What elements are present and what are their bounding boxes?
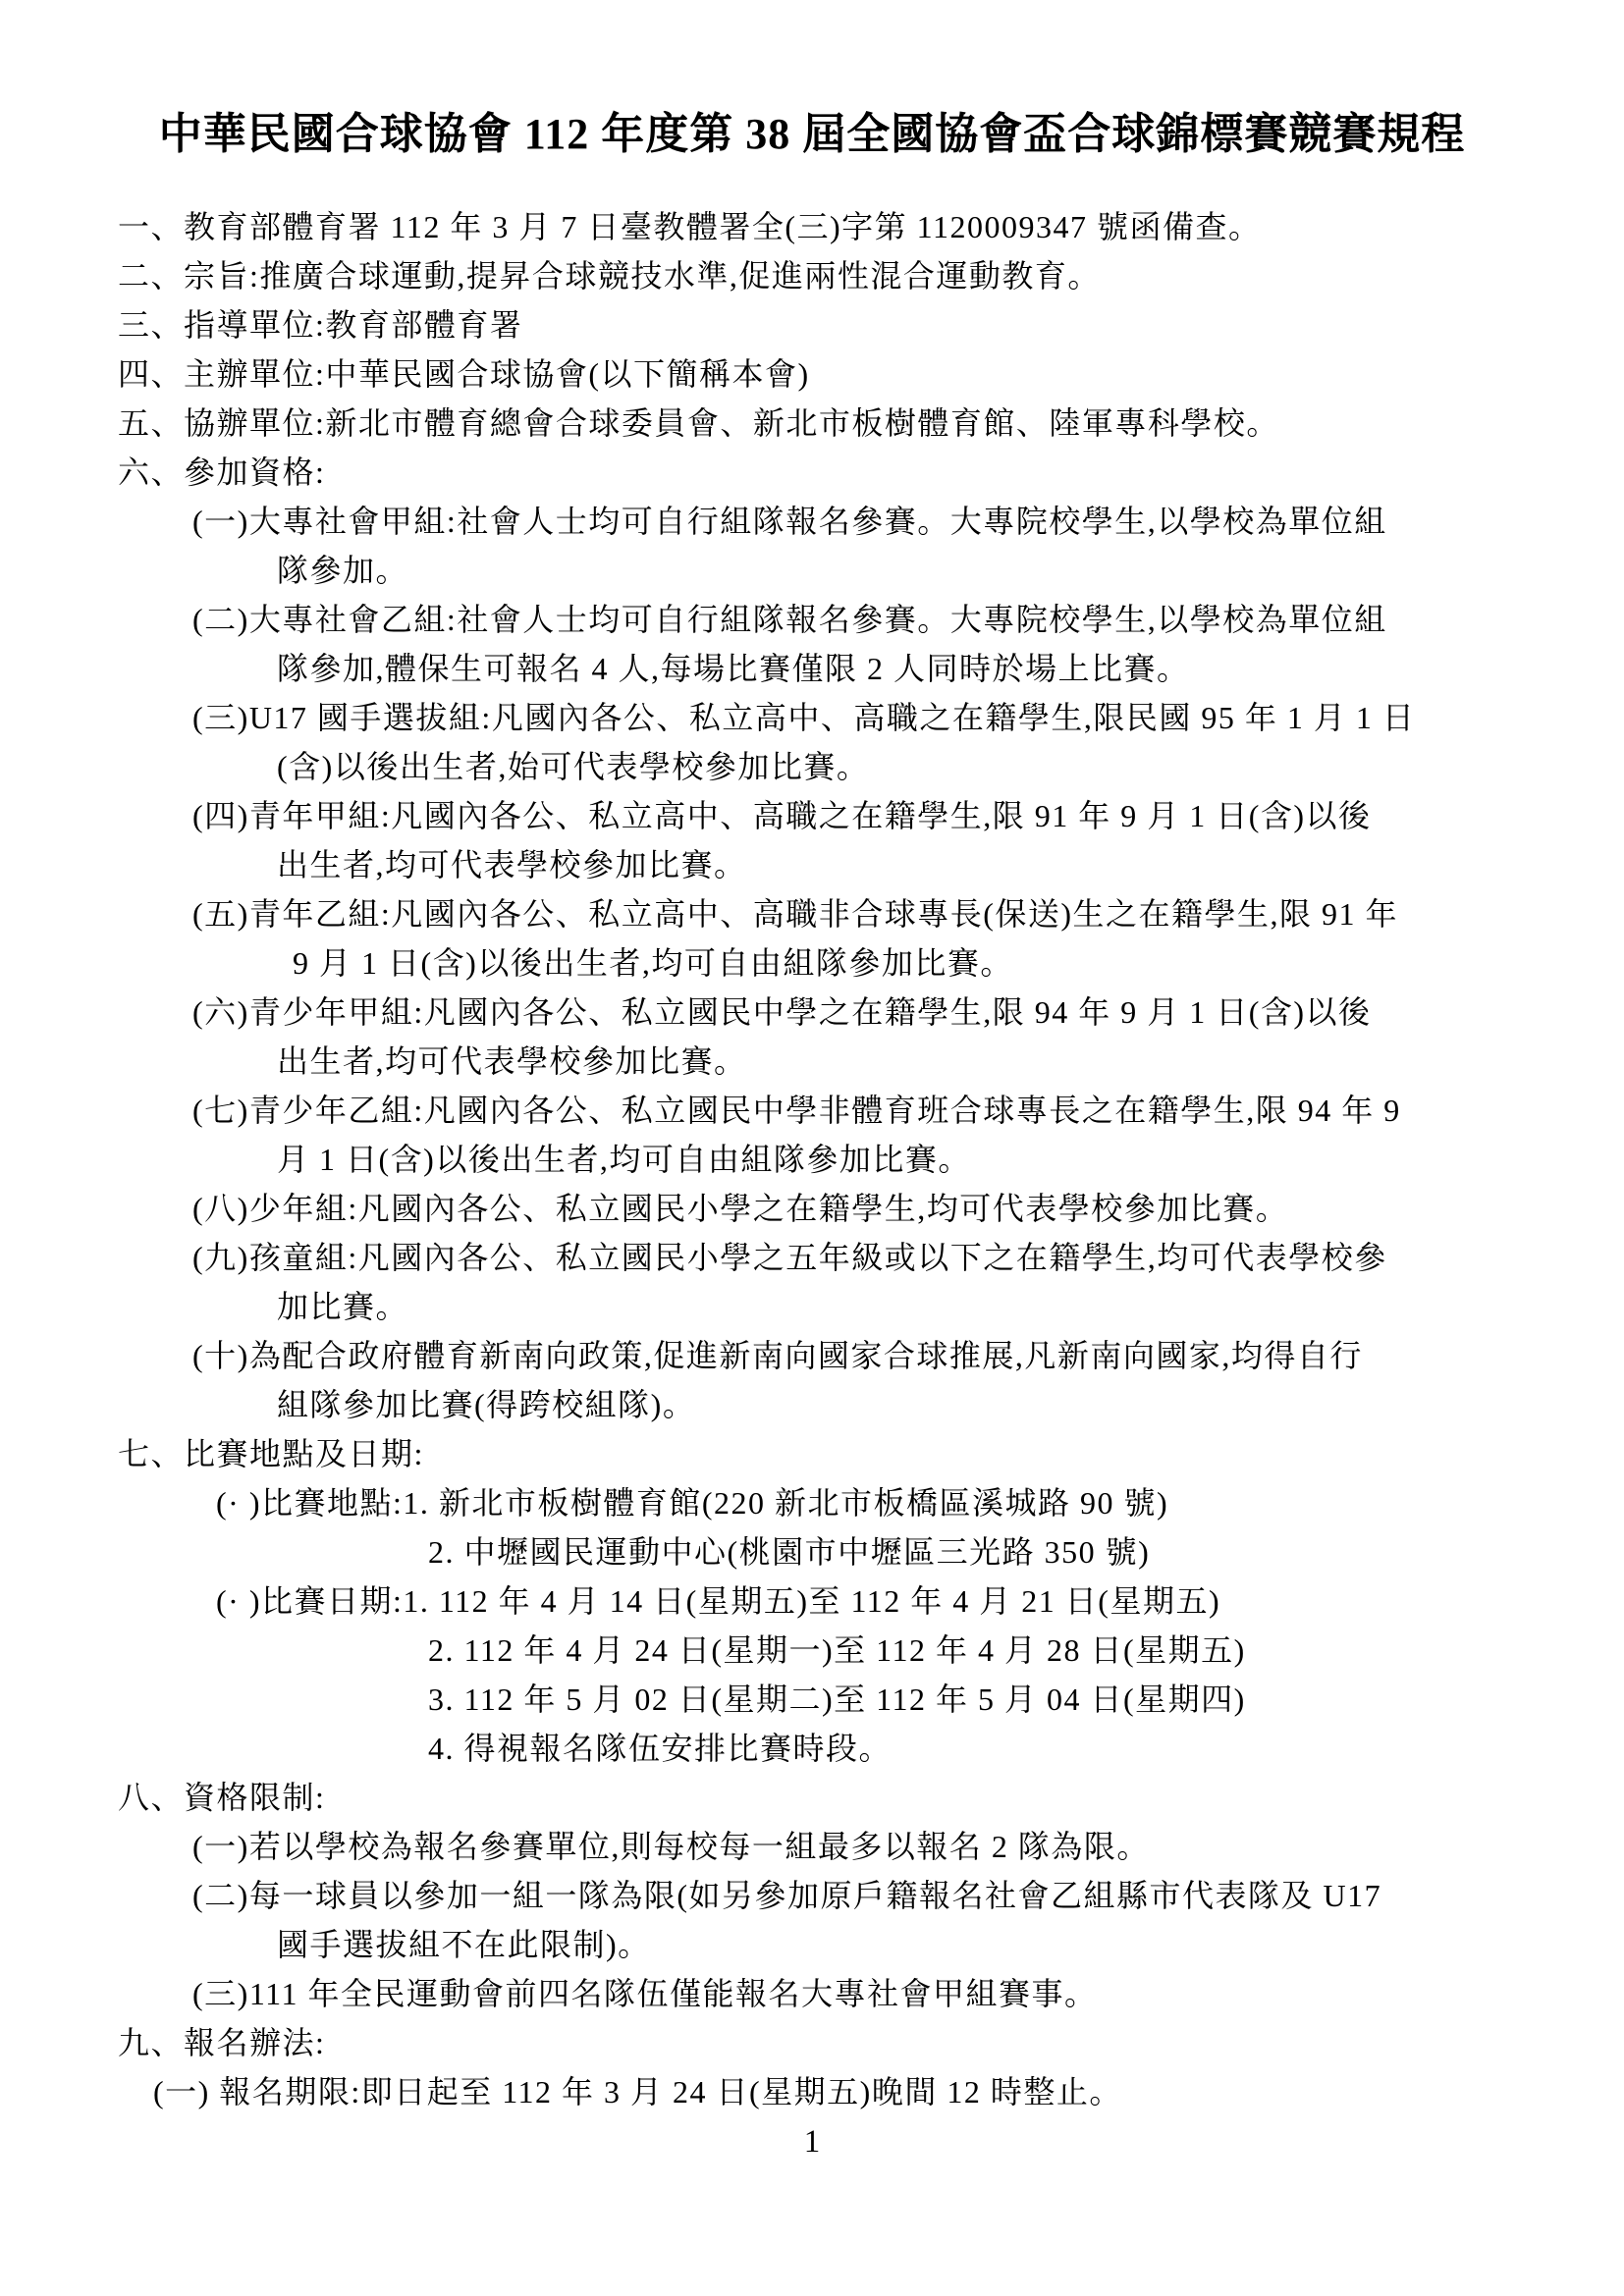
doc-line: 隊參加,體保生可報名 4 人,每場比賽僅限 2 人同時於場上比賽。 — [118, 644, 1585, 693]
doc-line: 4. 得視報名隊伍安排比賽時段。 — [118, 1724, 1585, 1773]
doc-line: (七)青少年乙組:凡國內各公、私立國民中學非體育班合球專長之在籍學生,限 94 … — [118, 1086, 1585, 1135]
doc-line: (三)U17 國手選拔組:凡國內各公、私立高中、高職之在籍學生,限民國 95 年… — [118, 693, 1585, 742]
doc-line: 八、資格限制: — [118, 1773, 1585, 1822]
doc-line: 月 1 日(含)以後出生者,均可自由組隊參加比賽。 — [118, 1135, 1585, 1184]
doc-line: 六、參加資格: — [118, 448, 1585, 497]
doc-line: 九、報名辦法: — [118, 2018, 1585, 2067]
doc-line: (十)為配合政府體育新南向政策,促進新南向國家合球推展,凡新南向國家,均得自行 — [118, 1331, 1585, 1380]
doc-line: (一) 報名期限:即日起至 112 年 3 月 24 日(星期五)晚間 12 時… — [118, 2067, 1585, 2116]
doc-line: 七、比賽地點及日期: — [118, 1429, 1585, 1478]
doc-line: 2. 中壢國民運動中心(桃園市中壢區三光路 350 號) — [118, 1527, 1585, 1576]
doc-line: 國手選拔組不在此限制)。 — [118, 1920, 1585, 1969]
doc-line: 9 月 1 日(含)以後出生者,均可自由組隊參加比賽。 — [118, 938, 1585, 988]
doc-line: (八)少年組:凡國內各公、私立國民小學之在籍學生,均可代表學校參加比賽。 — [118, 1184, 1585, 1233]
doc-line: (二)每一球員以參加一組一隊為限(如另參加原戶籍報名社會乙組縣市代表隊及 U17 — [118, 1871, 1585, 1920]
doc-line: 2. 112 年 4 月 24 日(星期一)至 112 年 4 月 28 日(星… — [118, 1626, 1585, 1675]
doc-line: (三)111 年全民運動會前四名隊伍僅能報名大專社會甲組賽事。 — [118, 1969, 1585, 2018]
doc-line: (一)大專社會甲組:社會人士均可自行組隊報名參賽。大專院校學生,以學校為單位組 — [118, 497, 1585, 546]
doc-line: (一)若以學校為報名參賽單位,則每校每一組最多以報名 2 隊為限。 — [118, 1822, 1585, 1871]
doc-line: 組隊參加比賽(得跨校組隊)。 — [118, 1380, 1585, 1429]
doc-line: (六)青少年甲組:凡國內各公、私立國民中學之在籍學生,限 94 年 9 月 1 … — [118, 988, 1585, 1037]
doc-line: 出生者,均可代表學校參加比賽。 — [118, 1037, 1585, 1086]
doc-line: 四、主辦單位:中華民國合球協會(以下簡稱本會) — [118, 349, 1585, 399]
doc-line: (· )比賽地點:1. 新北市板樹體育館(220 新北市板橋區溪城路 90 號) — [118, 1478, 1585, 1527]
doc-line: (二)大專社會乙組:社會人士均可自行組隊報名參賽。大專院校學生,以學校為單位組 — [118, 595, 1585, 644]
doc-line: 一、教育部體育署 112 年 3 月 7 日臺教體署全(三)字第 1120009… — [118, 202, 1585, 251]
doc-line: 隊參加。 — [118, 546, 1585, 595]
document-title: 中華民國合球協會 112 年度第 38 屆全國協會盃合球錦標賽競賽規程 — [0, 0, 1624, 167]
document-page: 中華民國合球協會 112 年度第 38 屆全國協會盃合球錦標賽競賽規程 一、教育… — [0, 0, 1624, 2296]
doc-line: (· )比賽日期:1. 112 年 4 月 14 日(星期五)至 112 年 4… — [118, 1576, 1585, 1626]
doc-line: 三、指導單位:教育部體育署 — [118, 300, 1585, 349]
doc-line: (含)以後出生者,始可代表學校參加比賽。 — [118, 742, 1585, 791]
doc-line: (九)孩童組:凡國內各公、私立國民小學之五年級或以下之在籍學生,均可代表學校參 — [118, 1233, 1585, 1282]
doc-line: 3. 112 年 5 月 02 日(星期二)至 112 年 5 月 04 日(星… — [118, 1675, 1585, 1724]
doc-line: (四)青年甲組:凡國內各公、私立高中、高職之在籍學生,限 91 年 9 月 1 … — [118, 791, 1585, 840]
doc-line: 加比賽。 — [118, 1282, 1585, 1331]
doc-line: (五)青年乙組:凡國內各公、私立高中、高職非合球專長(保送)生之在籍學生,限 9… — [118, 889, 1585, 938]
page-number: 1 — [0, 2122, 1624, 2162]
document-body: 一、教育部體育署 112 年 3 月 7 日臺教體署全(三)字第 1120009… — [118, 202, 1585, 2116]
doc-line: 五、協辦單位:新北市體育總會合球委員會、新北市板樹體育館、陸軍專科學校。 — [118, 399, 1585, 448]
doc-line: 出生者,均可代表學校參加比賽。 — [118, 840, 1585, 889]
doc-line: 二、宗旨:推廣合球運動,提昇合球競技水準,促進兩性混合運動教育。 — [118, 251, 1585, 300]
